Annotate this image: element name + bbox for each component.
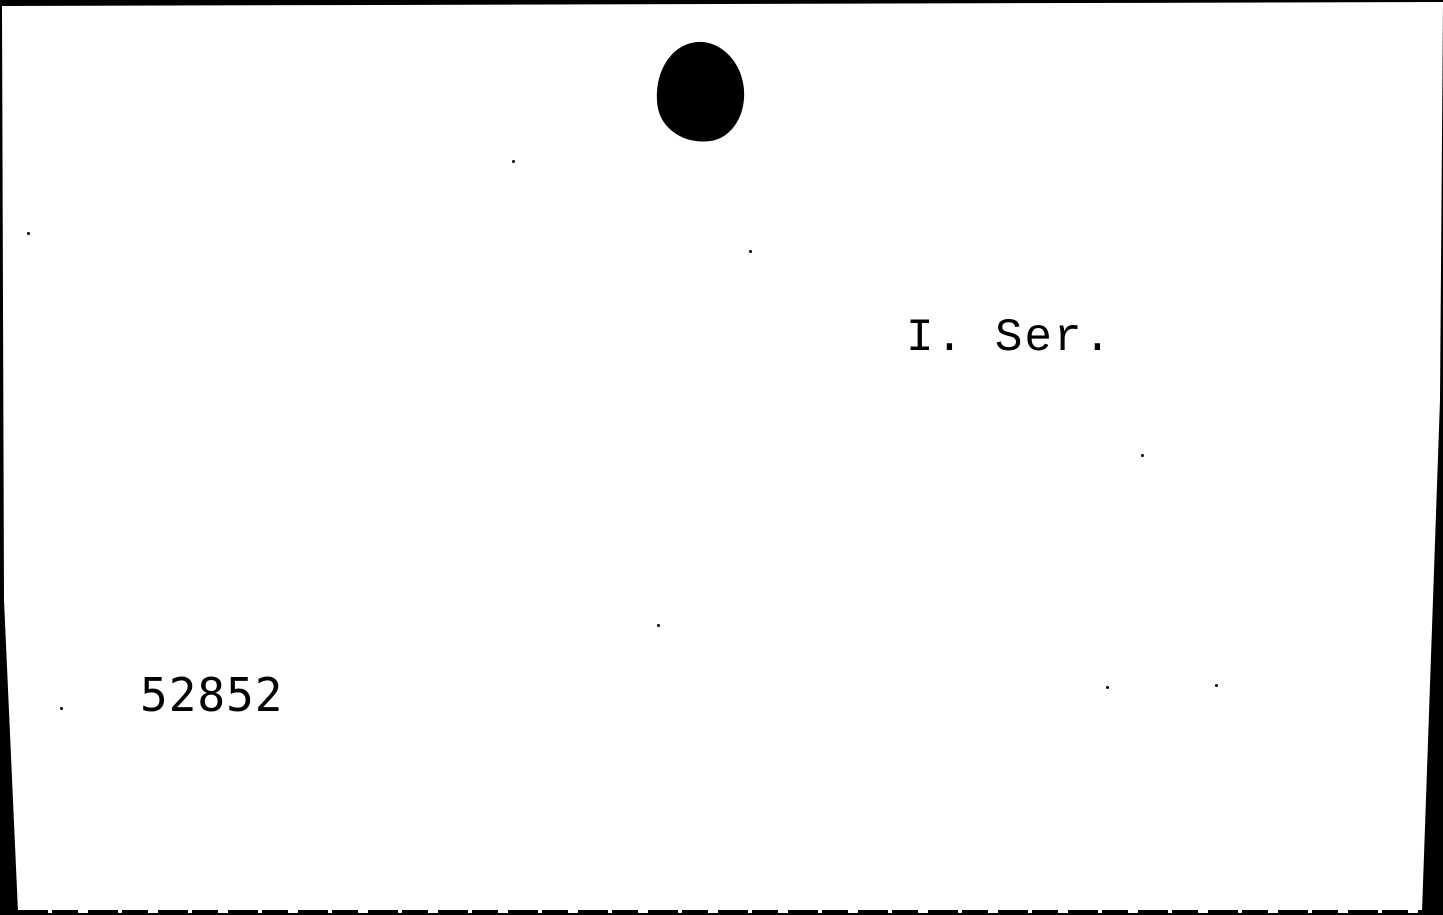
speck <box>749 250 752 253</box>
speck <box>27 232 30 235</box>
speck <box>1106 686 1109 689</box>
speck <box>657 624 660 627</box>
series-label: I. Ser. <box>906 312 1113 364</box>
speck <box>512 160 515 163</box>
speck <box>60 707 63 710</box>
card-bottom-edge <box>18 910 1423 913</box>
card-number: 52852 <box>140 668 283 722</box>
speck <box>1215 684 1218 687</box>
speck <box>1141 454 1144 457</box>
